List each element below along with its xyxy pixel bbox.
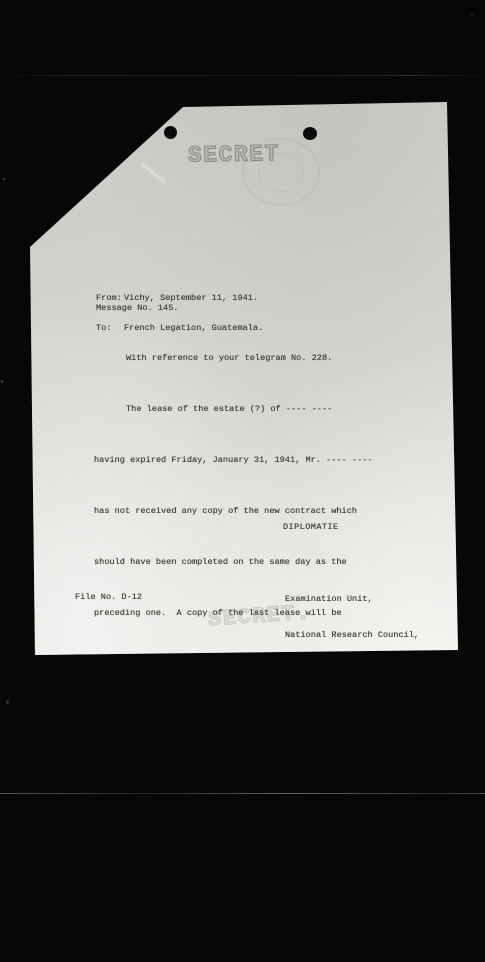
from-value: Vichy, September 11, 1941. bbox=[124, 293, 258, 303]
punch-hole-right bbox=[303, 127, 317, 140]
letter-body: With reference to your telegram No. 228.… bbox=[94, 316, 372, 800]
body-line: With reference to your telegram No. 228. bbox=[94, 350, 372, 367]
film-speck bbox=[6, 700, 9, 704]
body-line: delay. The lease mentioned had a duratio… bbox=[94, 758, 372, 775]
film-speck bbox=[471, 13, 473, 15]
examination-line: October 1, 1941. bbox=[285, 665, 419, 677]
film-scratch-line-bottom bbox=[0, 793, 485, 794]
body-line: has not received any copy of the new con… bbox=[94, 503, 372, 520]
body-line: occupied zone, this dispatch will requir… bbox=[94, 707, 372, 724]
body-line: The lease of the estate (?) of ---- ---- bbox=[94, 401, 372, 418]
examination-line: National Research Council, bbox=[285, 629, 419, 641]
film-speck bbox=[1, 380, 3, 383]
signature-diplomatie: DIPLOMATIE bbox=[283, 522, 339, 532]
file-number: File No. D-12 bbox=[75, 592, 142, 602]
embossed-seal-inner-ring bbox=[258, 152, 304, 192]
body-line: sent to you but since the text is on fil… bbox=[94, 656, 372, 673]
embossed-seal-watermark bbox=[242, 138, 320, 206]
film-speck bbox=[3, 178, 5, 180]
microfilm-frame: SECRET From:Vichy, September 11, 1941. T… bbox=[0, 0, 485, 800]
film-scratch-line-top bbox=[0, 75, 485, 76]
message-number: Message No. 145. bbox=[96, 303, 179, 313]
examination-unit-block: Examination Unit, National Research Coun… bbox=[285, 569, 419, 701]
from-label: From: bbox=[96, 293, 124, 303]
body-line: having expired Friday, January 31, 1941,… bbox=[94, 452, 372, 469]
paper-scratch-mark bbox=[141, 163, 166, 183]
punch-hole-left bbox=[164, 126, 177, 139]
from-line: From:Vichy, September 11, 1941. bbox=[96, 293, 263, 303]
document-page: SECRET From:Vichy, September 11, 1941. T… bbox=[30, 100, 458, 657]
